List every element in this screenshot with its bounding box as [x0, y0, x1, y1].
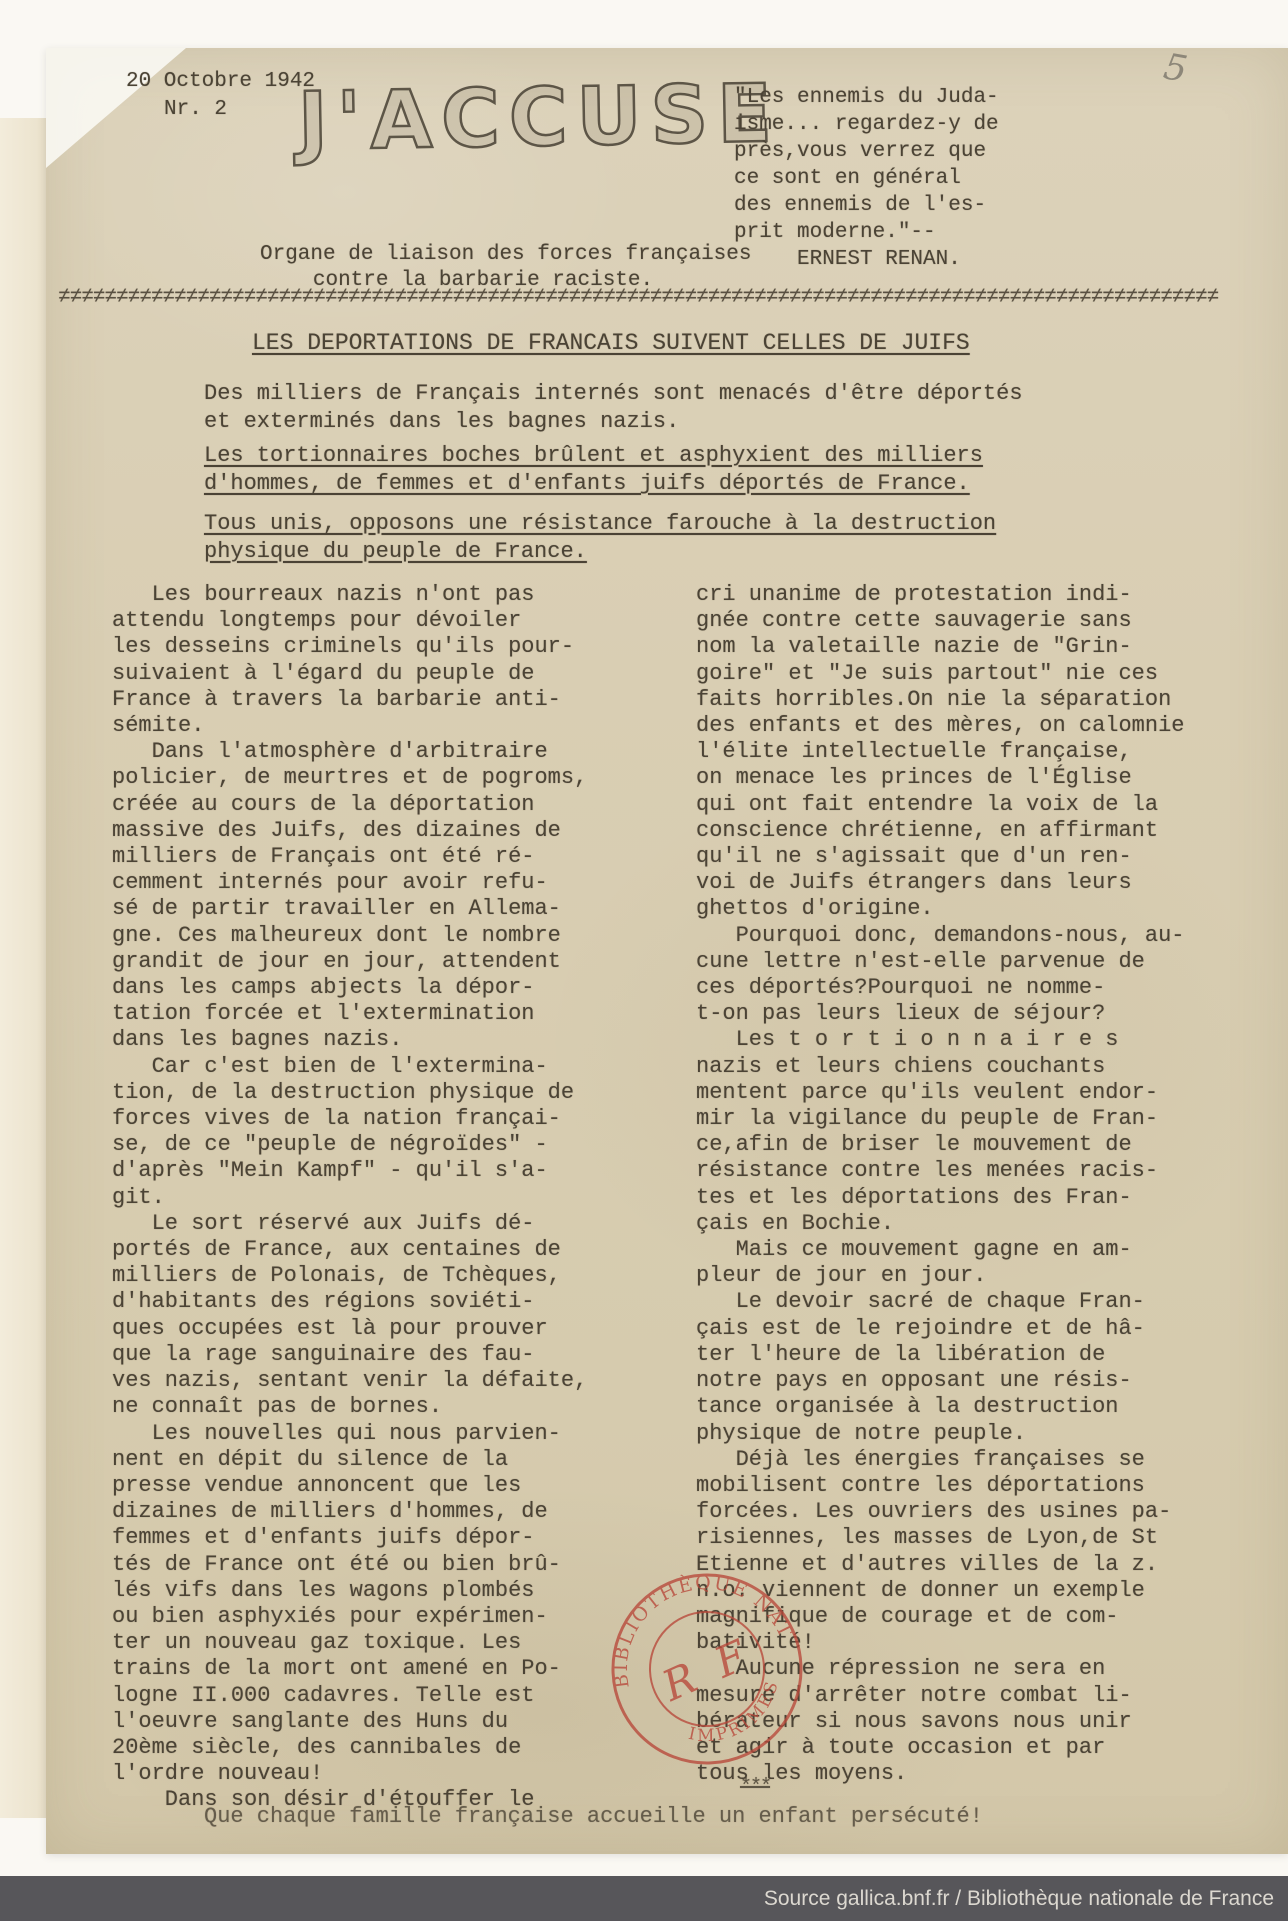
- body-column-left: Les bourreaux nazis n'ont pas attendu lo…: [112, 582, 587, 1814]
- closing-appeal-line: Que chaque famille française accueille u…: [204, 1804, 983, 1829]
- issue-date: 20 Octobre 1942: [126, 70, 315, 93]
- column-end-mark: ***: [740, 1776, 770, 1799]
- issue-number: Nr. 2: [164, 98, 227, 121]
- intro-paragraph-3: Tous unis, opposons une résistance farou…: [204, 510, 996, 566]
- newspaper-title-logo: J'ACCUSE: [297, 74, 781, 162]
- under-sheet-edge: [0, 118, 52, 1818]
- newspaper-sheet: 20 Octobre 1942 Nr. 2 J'ACCUSE "Les enne…: [46, 48, 1288, 1854]
- gallica-footer-bar: Source gallica.bnf.fr / Bibliothèque nat…: [0, 1876, 1288, 1921]
- main-headline: LES DEPORTATIONS DE FRANCAIS SUIVENT CEL…: [252, 330, 970, 356]
- stamp-center-initials: R F: [654, 1628, 759, 1711]
- footer-source-text: Source gallica.bnf.fr / Bibliothèque nat…: [764, 1887, 1274, 1911]
- intro-paragraph-2: Les tortionnaires boches brûlent et asph…: [204, 442, 983, 498]
- renan-quote: "Les ennemis du Juda- isme... regardez-y…: [734, 84, 999, 273]
- intro-paragraph-1: Des milliers de Français internés sont m…: [204, 380, 1023, 436]
- scanned-page: 20 Octobre 1942 Nr. 2 J'ACCUSE "Les enne…: [0, 0, 1288, 1921]
- typewriter-divider-row: ≠≠≠≠≠≠≠≠≠≠≠≠≠≠≠≠≠≠≠≠≠≠≠≠≠≠≠≠≠≠≠≠≠≠≠≠≠≠≠≠…: [58, 286, 1254, 312]
- handwritten-margin-note: 5: [1161, 46, 1191, 90]
